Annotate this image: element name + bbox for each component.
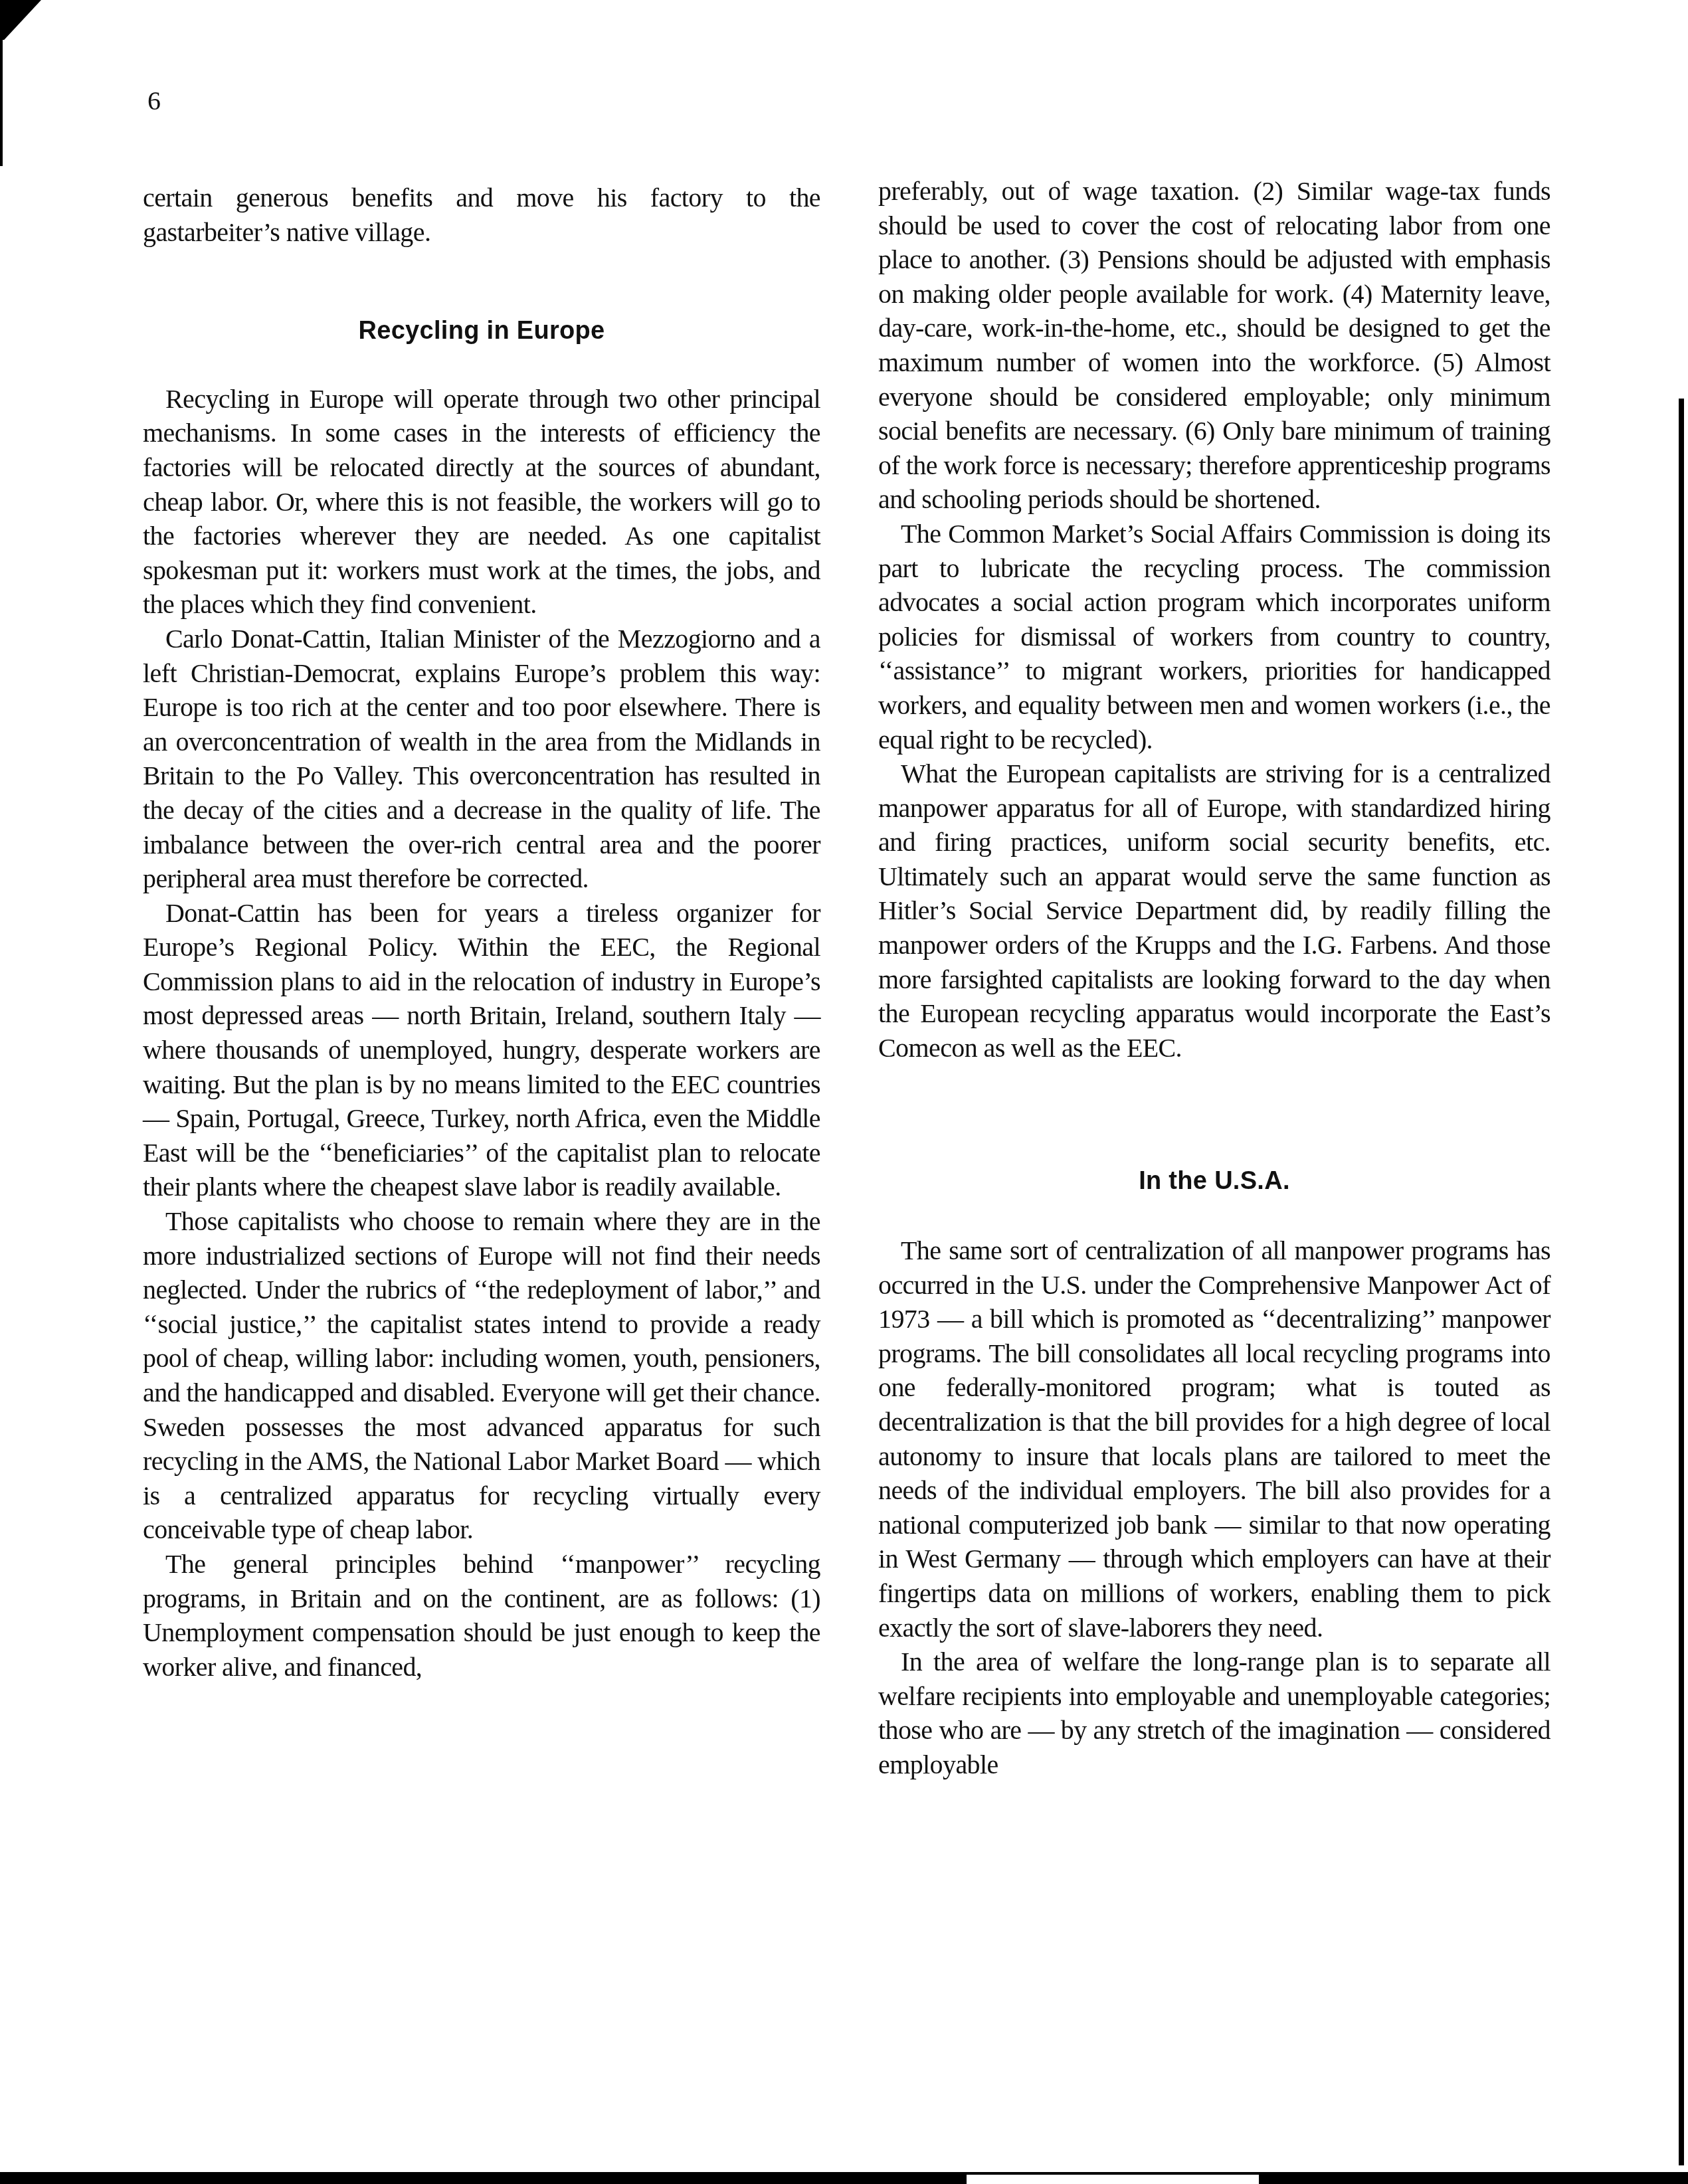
paragraph: Recycling in Europe will operate through… <box>143 382 820 622</box>
section-heading-recycling-in-europe: Recycling in Europe <box>143 314 820 349</box>
scan-artifact-left-edge <box>0 40 3 166</box>
right-column: preferably, out of wage taxation. (2) Si… <box>878 174 1550 1782</box>
paragraph: Those capitalists who choose to remain w… <box>143 1204 820 1547</box>
paragraph: The Common Market’s Social Affairs Commi… <box>878 517 1550 757</box>
scan-artifact-corner <box>0 0 41 40</box>
paragraph: The same sort of centralization of all m… <box>878 1233 1550 1645</box>
paragraph: What the European capitalists are strivi… <box>878 757 1550 1065</box>
scan-artifact-right-edge <box>1679 399 1684 2165</box>
paragraph: The general principles behind ‘‘manpower… <box>143 1547 820 1684</box>
section-heading-in-the-usa: In the U.S.A. <box>878 1164 1550 1199</box>
scan-artifact-bottom-gap <box>967 2175 1259 2184</box>
continued-paragraph: certain generous benefits and move his f… <box>143 181 820 249</box>
paragraph: Donat-Cattin has been for years a tirele… <box>143 896 820 1204</box>
paragraph: preferably, out of wage taxation. (2) Si… <box>878 174 1550 517</box>
left-column: certain generous benefits and move his f… <box>143 181 820 1684</box>
page-number: 6 <box>147 85 161 116</box>
scan-artifact-bottom-edge <box>0 2172 1688 2184</box>
document-page: 6 certain generous benefits and move his… <box>0 0 1688 2184</box>
paragraph: Carlo Donat-Cattin, Italian Minister of … <box>143 622 820 896</box>
paragraph: In the area of welfare the long-range pl… <box>878 1645 1550 1781</box>
